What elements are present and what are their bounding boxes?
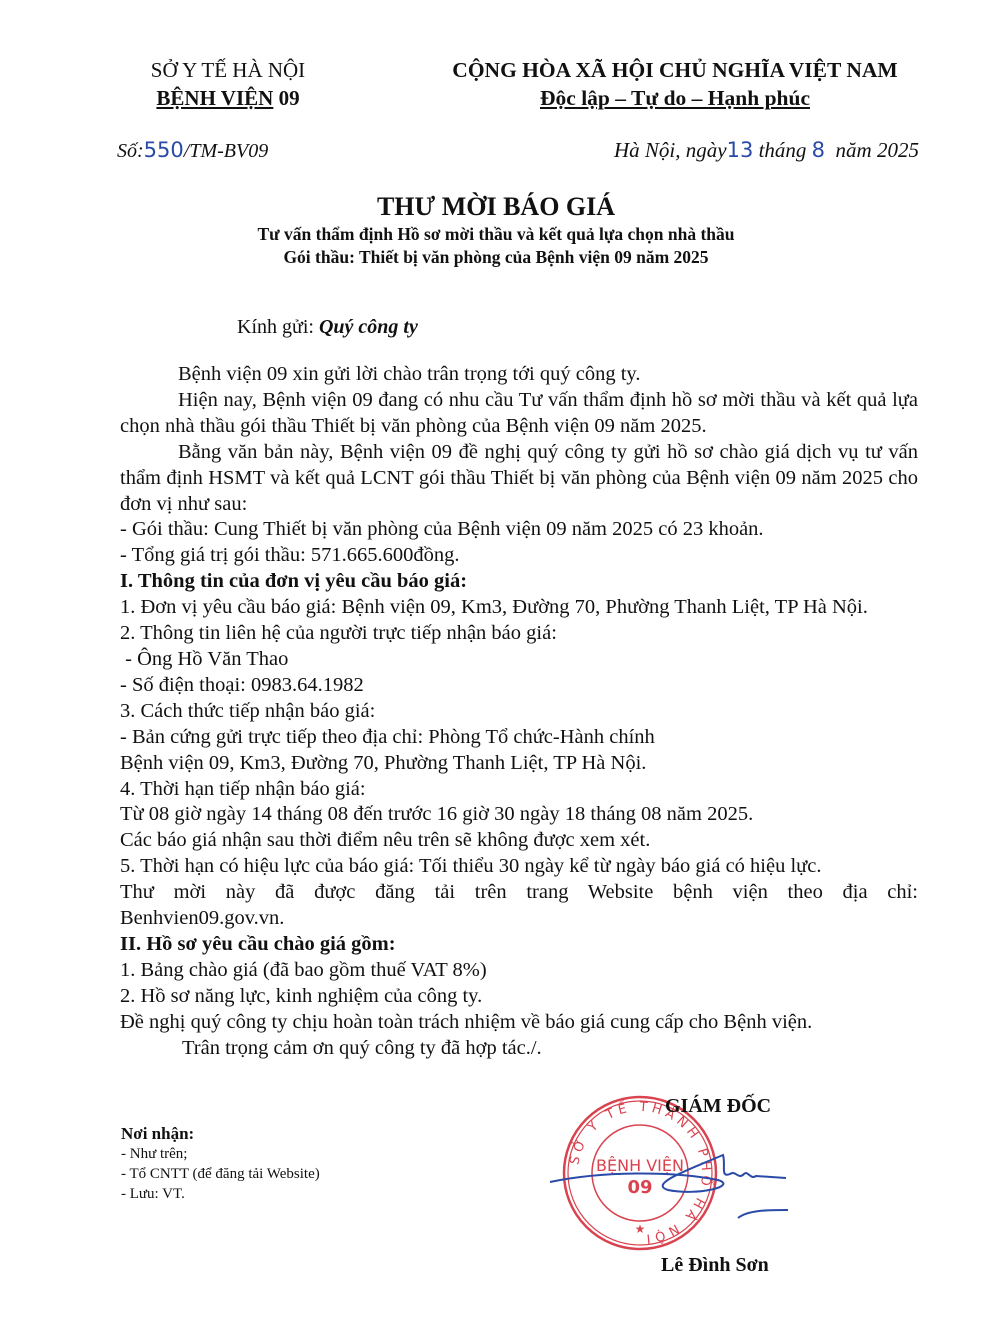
unit-name-rest: 09 — [273, 86, 299, 110]
section-1-item-4: 4. Thời hạn tiếp nhận báo giá: — [120, 777, 918, 803]
salutation: Kính gửi: Quý công ty — [237, 316, 418, 339]
responsibility-note: Đề nghị quý công ty chịu hoàn toàn trách… — [120, 1010, 918, 1036]
agency-name: SỞ Y TẾ HÀ NỘI — [108, 56, 348, 84]
salutation-recipient: Quý công ty — [319, 316, 418, 338]
section-1-item-5: 5. Thời hạn có hiệu lực của báo giá: Tối… — [120, 854, 918, 880]
unit-name-underlined: BỆNH VIỆN — [156, 86, 273, 110]
date-month-handwritten: 8 — [812, 138, 825, 162]
national-header: CỘNG HÒA XÃ HỘI CHỦ NGHĨA VIỆT NAM Độc l… — [400, 56, 950, 112]
section-1-item-3: 3. Cách thức tiếp nhận báo giá: — [120, 699, 918, 725]
document-subtitle-1: Tư vấn thẩm định Hồ sơ mời thầu và kết q… — [0, 224, 992, 245]
doc-no-prefix: Số: — [117, 140, 144, 162]
website-line-2: Benhvien09.gov.vn. — [120, 906, 918, 932]
salutation-prefix: Kính gửi: — [237, 316, 319, 338]
recipients-heading: Nơi nhận: — [121, 1124, 320, 1144]
letter-body: Bệnh viện 09 xin gửi lời chào trân trọng… — [120, 362, 918, 1061]
deadline-line-1: Từ 08 giờ ngày 14 tháng 08 đến trước 16 … — [120, 802, 918, 828]
doc-no-suffix: /TM-BV09 — [184, 140, 268, 162]
signer-name: Lê Đình Sơn — [661, 1254, 769, 1277]
document-title: THƯ MỜI BÁO GIÁ — [0, 192, 992, 222]
section-1-item-1: 1. Đơn vị yêu cầu báo giá: Bệnh viện 09,… — [120, 595, 918, 621]
paragraph-request: Bằng văn bản này, Bệnh viện 09 đề nghị q… — [120, 440, 918, 518]
contact-phone: - Số điện thoại: 0983.64.1982 — [120, 673, 918, 699]
recipient-item: - Lưu: VT. — [121, 1184, 320, 1204]
document-subtitle-2: Gói thầu: Thiết bị văn phòng của Bệnh vi… — [0, 247, 992, 268]
handwritten-signature-icon — [548, 1130, 788, 1230]
website-line-1: Thư mời này đã được đăng tải trên trang … — [120, 880, 918, 906]
date-prefix: Hà Nội, ngày — [614, 138, 727, 162]
country-name: CỘNG HÒA XÃ HỘI CHỦ NGHĨA VIỆT NAM — [400, 56, 950, 84]
section-2-item-2: 2. Hồ sơ năng lực, kinh nghiệm của công … — [120, 984, 918, 1010]
recipient-item: - Như trên; — [121, 1144, 320, 1164]
date-year: năm 2025 — [836, 138, 919, 162]
greeting: Bệnh viện 09 xin gửi lời chào trân trọng… — [120, 362, 918, 388]
doc-no-handwritten: 550 — [144, 138, 184, 162]
delivery-line-1: - Bản cứng gửi trực tiếp theo địa chỉ: P… — [120, 725, 918, 751]
paragraph-need: Hiện nay, Bệnh viện 09 đang có nhu cầu T… — [120, 388, 918, 440]
section-1-heading: I. Thông tin của đơn vị yêu cầu báo giá: — [120, 569, 918, 595]
national-motto: Độc lập – Tự do – Hạnh phúc — [540, 86, 810, 110]
section-1-item-2: 2. Thông tin liên hệ của người trực tiếp… — [120, 621, 918, 647]
signer-title: GIÁM ĐỐC — [665, 1095, 771, 1118]
recipients-block: Nơi nhận: - Như trên; - Tổ CNTT (để đăng… — [121, 1124, 320, 1204]
deadline-line-2: Các báo giá nhận sau thời điểm nêu trên … — [120, 828, 918, 854]
section-2-item-1: 1. Bảng chào giá (đã bao gồm thuế VAT 8%… — [120, 958, 918, 984]
recipient-item: - Tổ CNTT (để đăng tải Website) — [121, 1164, 320, 1184]
thanks-line: Trân trọng cảm ơn quý công ty đã hợp tác… — [120, 1036, 918, 1062]
unit-name: BỆNH VIỆN 09 — [108, 84, 348, 112]
document-date: Hà Nội, ngày13 tháng 8 năm 2025 — [614, 138, 919, 163]
package-total-value: - Tổng giá trị gói thầu: 571.665.600đồng… — [120, 543, 918, 569]
date-month-label: tháng — [759, 138, 807, 162]
issuing-agency-block: SỞ Y TẾ HÀ NỘI BỆNH VIỆN 09 — [108, 56, 348, 112]
contact-name: - Ông Hồ Văn Thao — [120, 647, 918, 673]
date-day-handwritten: 13 — [727, 138, 754, 162]
document-number: Số:550/TM-BV09 — [117, 138, 268, 163]
section-2-heading: II. Hồ sơ yêu cầu chào giá gồm: — [120, 932, 918, 958]
delivery-line-2: Bệnh viện 09, Km3, Đường 70, Phường Than… — [120, 751, 918, 777]
package-info: - Gói thầu: Cung Thiết bị văn phòng của … — [120, 517, 918, 543]
